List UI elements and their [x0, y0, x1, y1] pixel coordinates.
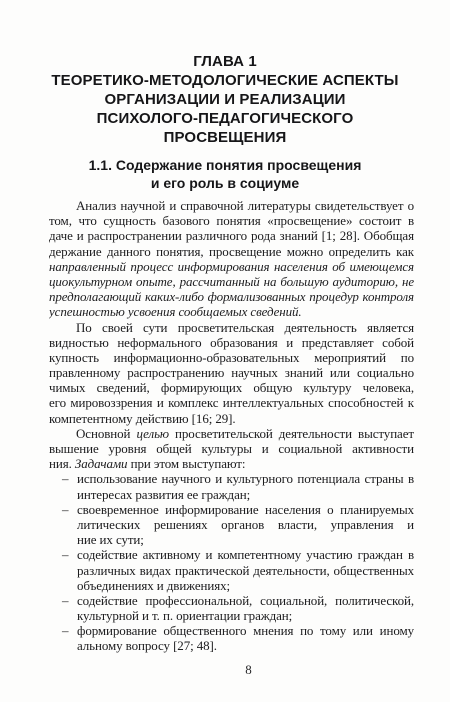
- text-segment: содействие профессиональной, социальной,…: [77, 593, 414, 608]
- chapter-heading-line: ПРОСВЕЩЕНИЯ: [0, 128, 450, 147]
- list-dash: –: [62, 471, 68, 486]
- list-item: –своевременное информирование населения …: [49, 502, 414, 548]
- text-line: предполагающий каких-либо формализованны…: [49, 289, 414, 304]
- chapter-heading-line: ТЕОРЕТИКО-МЕТОДОЛОГИЧЕСКИЕ АСПЕКТЫ: [0, 71, 450, 90]
- text-segment: купность информационно-образовательных м…: [49, 350, 414, 365]
- italic-text: предполагающий каких-либо формализованны…: [49, 289, 414, 304]
- text-line: ния. Задачами при этом выступают:: [49, 456, 414, 471]
- chapter-heading: ГЛАВА 1ТЕОРЕТИКО-МЕТОДОЛОГИЧЕСКИЕ АСПЕКТ…: [0, 52, 450, 147]
- text-segment: видностью неформального образования и пр…: [49, 335, 414, 350]
- text-segment: По своей сути просветительская деятельно…: [49, 320, 414, 335]
- list-dash: –: [62, 502, 68, 517]
- list-item: –использование научного и культурного по…: [49, 471, 414, 501]
- text-segment: ние их сути;: [77, 532, 144, 547]
- text-segment: даче и распространении различного рода з…: [49, 228, 414, 243]
- italic-text: целью: [136, 426, 169, 441]
- text-segment: литических решениях органов власти, упра…: [77, 517, 414, 532]
- italic-text: направленный процесс информирования насе…: [49, 259, 414, 274]
- text-line: интересах развития ее граждан;: [77, 487, 414, 502]
- chapter-heading-line: ОРГАНИЗАЦИИ И РЕАЛИЗАЦИИ: [0, 90, 450, 109]
- text-line: успешностью усвоения сообщаемых сведений…: [49, 304, 414, 319]
- list-dash: –: [62, 547, 68, 562]
- text-line: видностью неформального образования и пр…: [49, 335, 414, 350]
- text-segment: культурной и т. п. ориентации граждан;: [77, 608, 292, 623]
- body-text: Анализ научной и справочной литературы с…: [49, 198, 414, 654]
- text-line: направленный процесс информирования насе…: [49, 259, 414, 274]
- text-segment: его мировоззрения и комплекс интеллектуа…: [49, 395, 414, 410]
- text-segment: вышение уровня общей культуры и социальн…: [49, 441, 414, 456]
- text-line: правленному распространению научных знан…: [49, 365, 414, 380]
- text-line: формирование общественного мнения по том…: [77, 623, 414, 638]
- text-line: том, что сущность базового понятия «прос…: [49, 213, 414, 228]
- text-line: купность информационно-образовательных м…: [49, 350, 414, 365]
- text-line: литических решениях органов власти, упра…: [77, 517, 414, 532]
- text-line: альному вопросу [27; 48].: [77, 638, 414, 653]
- section-heading-line: 1.1. Содержание понятия просвещения: [0, 156, 450, 174]
- text-line: содействие профессиональной, социальной,…: [77, 593, 414, 608]
- section-heading-line: и его роль в социуме: [0, 174, 450, 192]
- list-dash: –: [62, 593, 68, 608]
- list-item: –формирование общественного мнения по то…: [49, 623, 414, 653]
- list-item: –содействие активному и компетентному уч…: [49, 547, 414, 593]
- text-segment: формирование общественного мнения по том…: [77, 623, 414, 638]
- chapter-heading-line: ГЛАВА 1: [0, 52, 450, 71]
- text-segment: различных видах практической деятельност…: [77, 563, 414, 578]
- text-line: вышение уровня общей культуры и социальн…: [49, 441, 414, 456]
- text-segment: использование научного и культурного пот…: [77, 471, 414, 486]
- section-heading: 1.1. Содержание понятия просвещенияи его…: [0, 156, 450, 192]
- text-line: Основной целью просветительской деятельн…: [49, 426, 414, 441]
- text-line: компетентному действию [16; 29].: [49, 411, 414, 426]
- paragraph: Основной целью просветительской деятельн…: [49, 426, 414, 472]
- text-segment: интересах развития ее граждан;: [77, 487, 250, 502]
- text-segment: при этом выступают:: [127, 456, 245, 471]
- page-number: 8: [49, 662, 414, 678]
- italic-text: успешностью усвоения сообщаемых сведений…: [49, 304, 302, 319]
- text-segment: Анализ научной и справочной литературы с…: [76, 198, 414, 213]
- text-segment: чимых сведений, формирующих общую культу…: [49, 380, 414, 395]
- text-line: различных видах практической деятельност…: [77, 563, 414, 578]
- text-segment: своевременное информирование населения о…: [77, 502, 414, 517]
- italic-text: Задачами: [75, 456, 128, 471]
- book-page: ГЛАВА 1ТЕОРЕТИКО-МЕТОДОЛОГИЧЕСКИЕ АСПЕКТ…: [0, 0, 450, 702]
- chapter-heading-line: ПСИХОЛОГО-ПЕДАГОГИЧЕСКОГО: [0, 109, 450, 128]
- text-line: содействие активному и компетентному уча…: [77, 547, 414, 562]
- text-segment: Основной: [76, 426, 136, 441]
- text-line: использование научного и культурного пот…: [77, 471, 414, 486]
- text-line: культурной и т. п. ориентации граждан;: [77, 608, 414, 623]
- text-segment: содействие активному и компетентному уча…: [77, 547, 414, 562]
- list-item: –содействие профессиональной, социальной…: [49, 593, 414, 623]
- paragraph: По своей сути просветительская деятельно…: [49, 320, 414, 426]
- paragraph: Анализ научной и справочной литературы с…: [49, 198, 414, 320]
- text-line: держание данного понятия, просвещение мо…: [49, 244, 414, 259]
- text-line: По своей сути просветительская деятельно…: [49, 320, 414, 335]
- text-line: объединениях и движениях;: [77, 578, 414, 593]
- text-segment: ния.: [49, 456, 75, 471]
- text-segment: компетентному действию [16; 29].: [49, 411, 236, 426]
- text-line: даче и распространении различного рода з…: [49, 228, 414, 243]
- text-segment: альному вопросу [27; 48].: [77, 638, 217, 653]
- list-dash: –: [62, 623, 68, 638]
- text-segment: том, что сущность базового понятия «прос…: [49, 213, 414, 228]
- text-segment: правленному распространению научных знан…: [49, 365, 414, 380]
- text-line: чимых сведений, формирующих общую культу…: [49, 380, 414, 395]
- text-line: ние их сути;: [77, 532, 414, 547]
- text-line: его мировоззрения и комплекс интеллектуа…: [49, 395, 414, 410]
- text-segment: объединениях и движениях;: [77, 578, 230, 593]
- text-line: своевременное информирование населения о…: [77, 502, 414, 517]
- text-segment: держание данного понятия, просвещение мо…: [49, 244, 414, 259]
- text-line: Анализ научной и справочной литературы с…: [49, 198, 414, 213]
- text-line: циокультурном опыте, рассчитанный на бол…: [49, 274, 414, 289]
- task-list: –использование научного и культурного по…: [49, 471, 414, 653]
- italic-text: циокультурном опыте, рассчитанный на бол…: [49, 274, 414, 289]
